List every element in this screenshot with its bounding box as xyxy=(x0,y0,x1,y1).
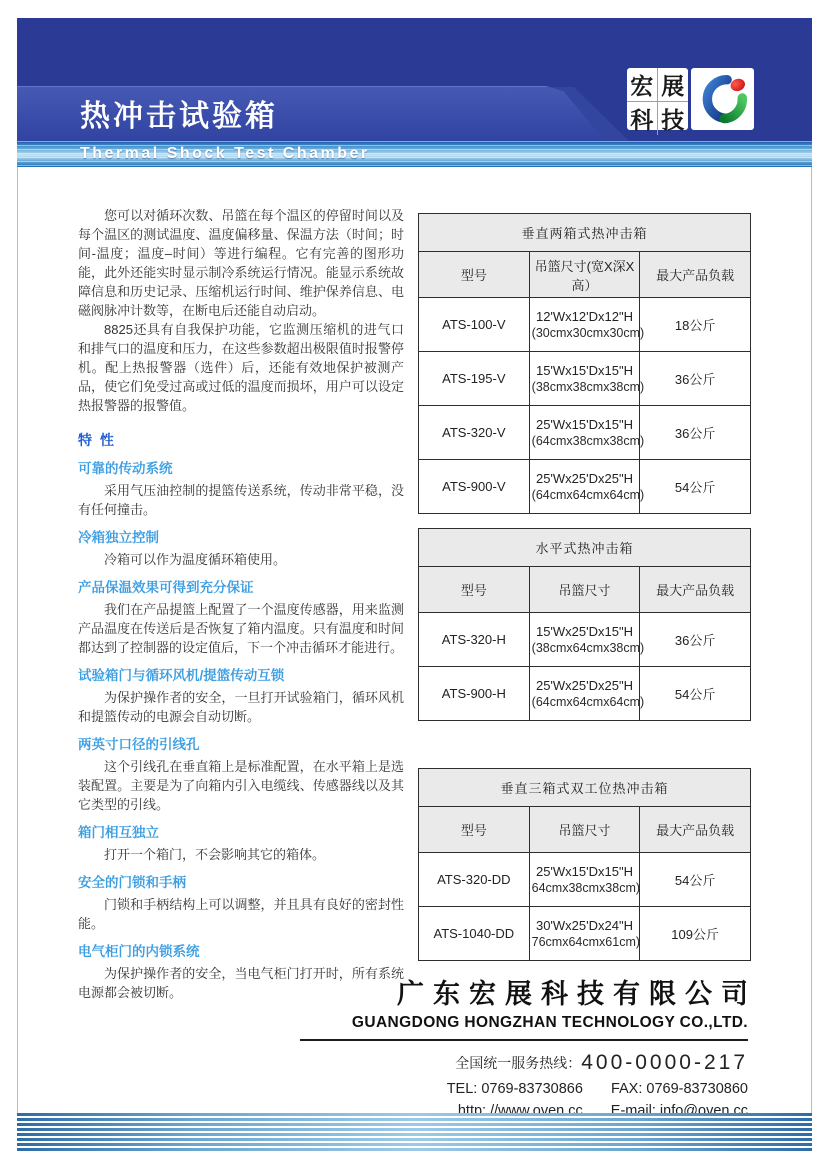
size-inches: 12'Wx12'Dx12"H xyxy=(532,308,638,325)
company-block: 广东宏展科技有限公司 GUANGDONG HONGZHAN TECHNOLOGY… xyxy=(300,972,748,1119)
footer-stripe-band xyxy=(17,1113,812,1152)
size-cm: (38cmx64cmx38cm) xyxy=(532,640,638,657)
feature-title: 试验箱门与循环风机/提篮传动互锁 xyxy=(78,666,404,685)
intro-paragraph: 您可以对循环次数、吊篮在每个温区的停留时间以及每个温区的测试温度、温度偏移量、保… xyxy=(78,206,404,320)
spec-table-horizontal: 水平式热冲击箱 型号 吊篮尺寸 最大产品负载 ATS-320-H 15'Wx25… xyxy=(418,528,751,721)
load-cell: 54公斤 xyxy=(640,460,751,514)
feature-item: 冷箱独立控制 冷箱可以作为温度循环箱使用。 xyxy=(78,528,404,569)
company-name-cn: 广东宏展科技有限公司 xyxy=(300,972,757,1011)
table-row: ATS-320-H 15'Wx25'Dx15"H (38cmx64cmx38cm… xyxy=(419,613,751,667)
model-cell: ATS-320-V xyxy=(419,406,530,460)
table-row: ATS-900-H 25'Wx25'Dx25"H (64cmx64cmx64cm… xyxy=(419,667,751,721)
feature-title: 冷箱独立控制 xyxy=(78,528,404,547)
size-cell: 25'Wx25'Dx25"H (64cmx64cmx64cm) xyxy=(529,460,640,514)
logo-char: 科 xyxy=(627,102,658,135)
size-cell: 25'Wx15'Dx15"H 64cmx38cmx38cm) xyxy=(529,853,640,907)
table-row: ATS-1040-DD 30'Wx25'Dx24"H 76cmx64cmx61c… xyxy=(419,907,751,961)
col-header-basket-size: 吊篮尺寸 xyxy=(529,807,640,853)
feature-title: 两英寸口径的引线孔 xyxy=(78,735,404,754)
header-band: 热冲击试验箱 宏 展 科 技 xyxy=(17,18,812,141)
col-header-model: 型号 xyxy=(419,252,530,298)
feature-title: 电气柜门的内锁系统 xyxy=(78,942,404,961)
feature-title: 可靠的传动系统 xyxy=(78,459,404,478)
size-cm: (64cmx64cmx64cm) xyxy=(532,487,638,504)
size-cm: (64cmx64cmx64cm) xyxy=(532,694,638,711)
page-title: 热冲击试验箱 xyxy=(80,91,278,135)
fax: FAX: 0769-83730860 xyxy=(611,1081,748,1097)
size-cell: 15'Wx25'Dx15"H (38cmx64cmx38cm) xyxy=(529,613,640,667)
table-title: 水平式热冲击箱 xyxy=(419,529,751,567)
service-hotline: 全国统一服务热线：400-0000-217 xyxy=(300,1051,748,1075)
feature-item: 试验箱门与循环风机/提篮传动互锁 为保护操作者的安全，一旦打开试验箱门，循环风机… xyxy=(78,666,404,726)
load-cell: 18公斤 xyxy=(640,298,751,352)
title-band: 热冲击试验箱 xyxy=(17,86,605,141)
size-inches: 30'Wx25'Dx24"H xyxy=(532,917,638,934)
col-header-model: 型号 xyxy=(419,807,530,853)
brochure-page: 热冲击试验箱 宏 展 科 技 xyxy=(0,0,827,1169)
tel: TEL: 0769-83730866 xyxy=(447,1081,583,1097)
size-inches: 25'Wx25'Dx25"H xyxy=(532,677,638,694)
table-row: ATS-100-V 12'Wx12'Dx12"H (30cmx30cmx30cm… xyxy=(419,298,751,352)
size-inches: 15'Wx25'Dx15"H xyxy=(532,623,638,640)
logo-char: 展 xyxy=(658,68,689,102)
feature-body: 采用气压油控制的提篮传送系统，传动非常平稳，没有任何撞击。 xyxy=(78,481,404,519)
feature-body: 这个引线孔在垂直箱上是标准配置，在水平箱上是选装配置。主要是为了向箱内引入电缆线… xyxy=(78,757,404,814)
col-header-model: 型号 xyxy=(419,567,530,613)
feature-body: 我们在产品提篮上配置了一个温度传感器，用来监测产品温度在传送后是否恢复了箱内温度… xyxy=(78,600,404,657)
page-right-border xyxy=(811,167,812,1151)
load-cell: 54公斤 xyxy=(640,667,751,721)
size-cell: 12'Wx12'Dx12"H (30cmx30cmx30cm) xyxy=(529,298,640,352)
size-cm: (30cmx30cmx30cm) xyxy=(532,325,638,342)
table-title: 垂直三箱式双工位热冲击箱 xyxy=(419,769,751,807)
spec-table-vertical-three-box: 垂直三箱式双工位热冲击箱 型号 吊篮尺寸 最大产品负载 ATS-320-DD 2… xyxy=(418,768,751,961)
load-cell: 36公斤 xyxy=(640,352,751,406)
feature-title: 箱门相互独立 xyxy=(78,823,404,842)
tel-fax-line: TEL: 0769-83730866FAX: 0769-83730860 xyxy=(300,1081,748,1097)
feature-body: 门锁和手柄结构上可以调整，并且具有良好的密封性能。 xyxy=(78,895,404,933)
subtitle-strip: Thermal Shock Test Chamber xyxy=(17,141,812,167)
size-inches: 25'Wx25'Dx25"H xyxy=(532,470,638,487)
feature-body: 冷箱可以作为温度循环箱使用。 xyxy=(78,550,404,569)
table-row: ATS-320-V 25'Wx15'Dx15"H (64cmx38cmx38cm… xyxy=(419,406,751,460)
col-header-max-load: 最大产品负载 xyxy=(640,252,751,298)
spec-table-vertical-two-box: 垂直两箱式热冲击箱 型号 吊篮尺寸(宽X深X高） 最大产品负载 ATS-100-… xyxy=(418,213,751,514)
hotline-label: 全国统一服务热线： xyxy=(455,1055,581,1071)
feature-title: 产品保温效果可得到充分保证 xyxy=(78,578,404,597)
logo-char: 宏 xyxy=(627,68,658,102)
col-header-max-load: 最大产品负载 xyxy=(640,567,751,613)
size-inches: 25'Wx15'Dx15"H xyxy=(532,863,638,880)
model-cell: ATS-195-V xyxy=(419,352,530,406)
size-cell: 30'Wx25'Dx24"H 76cmx64cmx61cm) xyxy=(529,907,640,961)
feature-item: 箱门相互独立 打开一个箱门，不会影响其它的箱体。 xyxy=(78,823,404,864)
description-column: 您可以对循环次数、吊篮在每个温区的停留时间以及每个温区的测试温度、温度偏移量、保… xyxy=(78,206,404,1002)
logo-char: 技 xyxy=(658,102,689,135)
table-title: 垂直两箱式热冲击箱 xyxy=(419,214,751,252)
load-cell: 36公斤 xyxy=(640,406,751,460)
table-row: ATS-195-V 15'Wx15'Dx15"H (38cmx38cmx38cm… xyxy=(419,352,751,406)
size-cm: (64cmx38cmx38cm) xyxy=(532,433,638,450)
model-cell: ATS-320-DD xyxy=(419,853,530,907)
company-divider xyxy=(300,1039,748,1041)
size-cm: (38cmx38cmx38cm) xyxy=(532,379,638,396)
size-cell: 25'Wx15'Dx15"H (64cmx38cmx38cm) xyxy=(529,406,640,460)
features-heading: 特 性 xyxy=(78,431,404,450)
feature-body: 为保护操作者的安全，一旦打开试验箱门，循环风机和提篮传动的电源会自动切断。 xyxy=(78,688,404,726)
size-cell: 15'Wx15'Dx15"H (38cmx38cmx38cm) xyxy=(529,352,640,406)
size-cell: 25'Wx25'Dx25"H (64cmx64cmx64cm) xyxy=(529,667,640,721)
model-cell: ATS-1040-DD xyxy=(419,907,530,961)
col-header-basket-size: 吊篮尺寸(宽X深X高） xyxy=(529,252,640,298)
feature-body: 打开一个箱门，不会影响其它的箱体。 xyxy=(78,845,404,864)
model-cell: ATS-900-V xyxy=(419,460,530,514)
load-cell: 36公斤 xyxy=(640,613,751,667)
company-name-en: GUANGDONG HONGZHAN TECHNOLOGY CO.,LTD. xyxy=(300,1014,748,1032)
feature-item: 可靠的传动系统 采用气压油控制的提篮传送系统，传动非常平稳，没有任何撞击。 xyxy=(78,459,404,519)
load-cell: 54公斤 xyxy=(640,853,751,907)
table-row: ATS-900-V 25'Wx25'Dx25"H (64cmx64cmx64cm… xyxy=(419,460,751,514)
size-cm: 76cmx64cmx61cm) xyxy=(532,934,638,951)
hotline-number: 400-0000-217 xyxy=(581,1051,748,1074)
page-left-border xyxy=(17,167,18,1151)
size-inches: 25'Wx15'Dx15"H xyxy=(532,416,638,433)
load-cell: 109公斤 xyxy=(640,907,751,961)
spec-tables-column: 垂直两箱式热冲击箱 型号 吊篮尺寸(宽X深X高） 最大产品负载 ATS-100-… xyxy=(418,213,751,961)
col-header-basket-size: 吊篮尺寸 xyxy=(529,567,640,613)
feature-item: 产品保温效果可得到充分保证 我们在产品提篮上配置了一个温度传感器，用来监测产品温… xyxy=(78,578,404,657)
feature-item: 安全的门锁和手柄 门锁和手柄结构上可以调整，并且具有良好的密封性能。 xyxy=(78,873,404,933)
table-row: ATS-320-DD 25'Wx15'Dx15"H 64cmx38cmx38cm… xyxy=(419,853,751,907)
model-cell: ATS-100-V xyxy=(419,298,530,352)
model-cell: ATS-900-H xyxy=(419,667,530,721)
page-subtitle: Thermal Shock Test Chamber xyxy=(80,141,370,167)
feature-title: 安全的门锁和手柄 xyxy=(78,873,404,892)
intro-paragraph: 8825还具有自我保护功能，它监测压缩机的进气口和排气口的温度和压力，在这些参数… xyxy=(78,320,404,415)
logo-wordmark: 宏 展 科 技 xyxy=(627,68,688,130)
col-header-max-load: 最大产品负载 xyxy=(640,807,751,853)
feature-item: 两英寸口径的引线孔 这个引线孔在垂直箱上是标准配置，在水平箱上是选装配置。主要是… xyxy=(78,735,404,814)
size-inches: 15'Wx15'Dx15"H xyxy=(532,362,638,379)
company-logo: 宏 展 科 技 xyxy=(627,68,754,130)
size-cm: 64cmx38cmx38cm) xyxy=(532,880,638,897)
model-cell: ATS-320-H xyxy=(419,613,530,667)
hongzhan-logo-icon xyxy=(691,68,754,130)
